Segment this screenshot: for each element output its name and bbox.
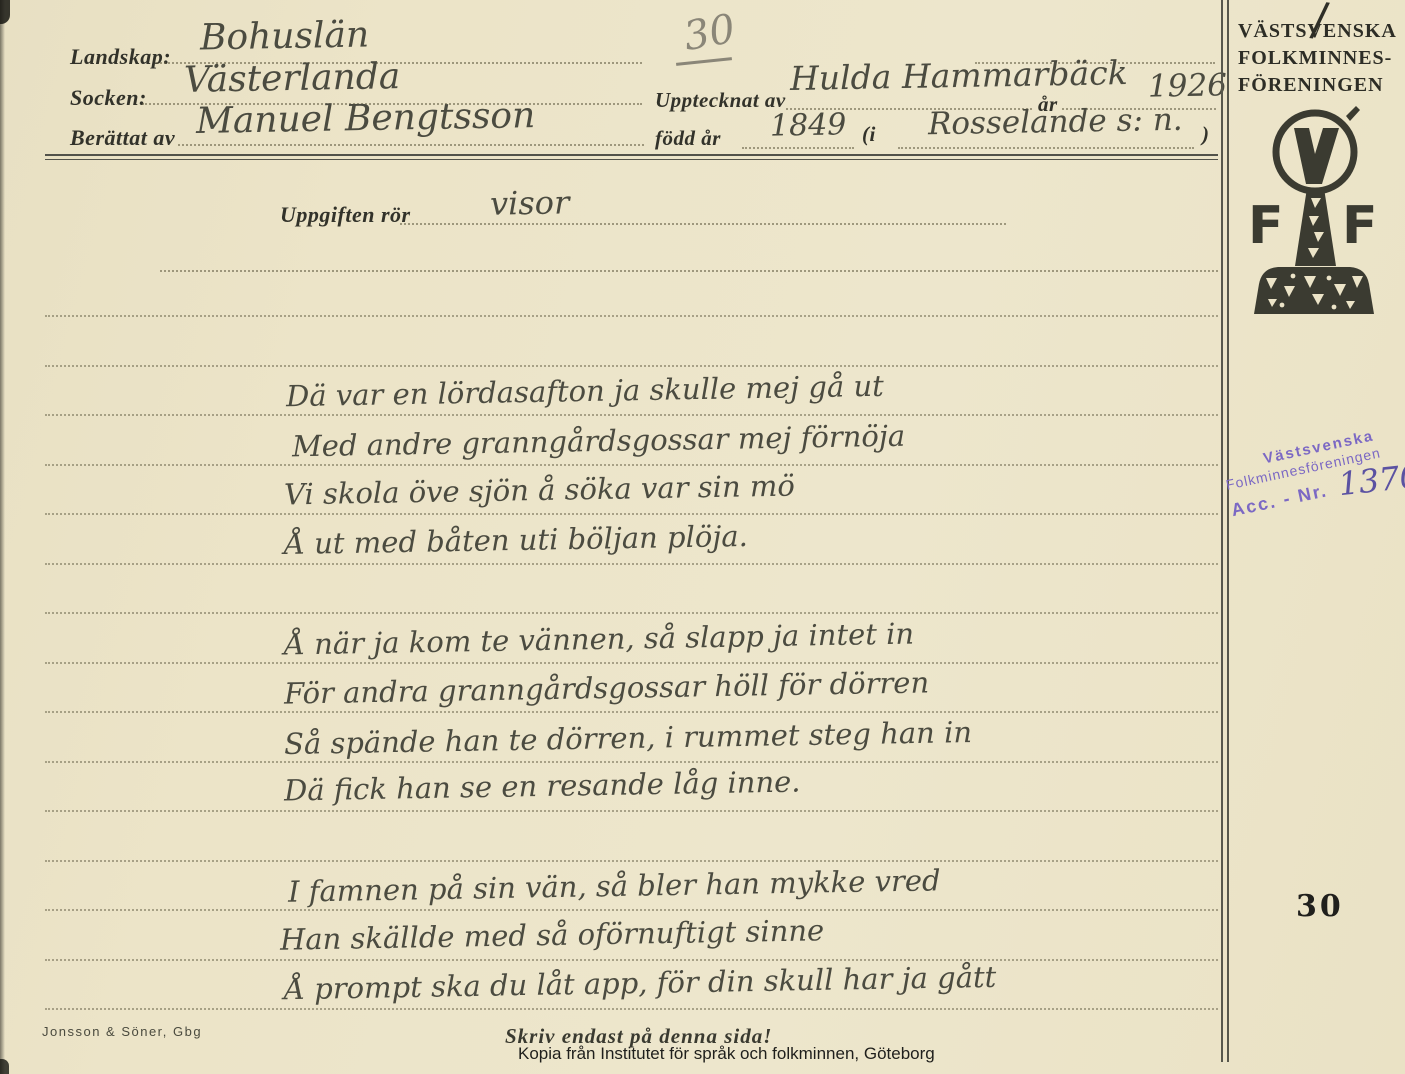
ruled-line bbox=[45, 365, 1218, 367]
ruled-line bbox=[45, 662, 1218, 664]
margin-rule-left bbox=[1221, 0, 1223, 1062]
birth-year-handwritten: 1849 bbox=[770, 107, 847, 143]
logo-ring-nub bbox=[1346, 106, 1360, 121]
subject-dotted-line bbox=[400, 223, 1006, 225]
ruled-line bbox=[45, 761, 1218, 763]
socken-value-handwritten: Västerlanda bbox=[184, 56, 401, 101]
birth-year-dotted-line bbox=[742, 147, 854, 149]
socken-label: Socken: bbox=[70, 85, 147, 111]
scan-corner-mark-top bbox=[0, 0, 10, 24]
berattat-av-label: Berättat av bbox=[70, 125, 175, 151]
year-value-handwritten: 1926 bbox=[1148, 67, 1228, 104]
ruled-line bbox=[45, 563, 1218, 565]
upptecknat-av-label: Upptecknat av bbox=[655, 88, 786, 113]
ruled-line bbox=[45, 909, 1218, 911]
paren-close-label: ) bbox=[1202, 122, 1210, 147]
verse-line: Dä fick han se en resande låg inne. bbox=[284, 764, 801, 807]
verse-line: Å prompt ska du låt app, för din skull h… bbox=[284, 960, 997, 1006]
verse-line: Han skällde med så oförnuftigt sinne bbox=[280, 913, 825, 956]
ruled-line bbox=[45, 1008, 1218, 1010]
verse-line: Å ut med båten uti böljan plöja. bbox=[284, 519, 748, 561]
printer-imprint: Jonsson & Söner, Gbg bbox=[42, 1024, 202, 1039]
verse-line: Så spände han te dörren, i rummet steg h… bbox=[284, 715, 973, 761]
scan-corner-mark-bottom bbox=[0, 1059, 9, 1074]
ruled-line bbox=[45, 612, 1218, 614]
ruled-line bbox=[45, 464, 1218, 466]
page-number-stamp: 30 bbox=[1296, 889, 1344, 924]
ruled-line bbox=[160, 270, 1218, 272]
logo-letter-f-right: F bbox=[1342, 196, 1378, 256]
ruled-line bbox=[45, 315, 1218, 317]
ruled-line bbox=[45, 711, 1218, 713]
paren-open-label: (i bbox=[862, 122, 876, 147]
recorder-name-handwritten: Hulda Hammarbäck bbox=[790, 53, 1128, 98]
pencil-number-underline bbox=[676, 57, 732, 66]
landskap-value-handwritten: Bohuslän bbox=[200, 15, 370, 59]
berattat-av-value-handwritten: Manuel Bengtsson bbox=[196, 95, 536, 142]
thors-hammer-logo: F F bbox=[1246, 100, 1382, 340]
uppgiften-ror-label: Uppgiften rör bbox=[280, 202, 411, 228]
accession-stamp: Västsvenska Folkminnesföreningen Acc. - … bbox=[1221, 418, 1405, 530]
landskap-label: Landskap: bbox=[70, 44, 171, 70]
org-name-line: VÄSTSVENSKA bbox=[1238, 20, 1404, 43]
subject-value-handwritten: visor bbox=[490, 183, 570, 222]
header-divider-rule bbox=[45, 154, 1218, 160]
logo-letter-v-shape bbox=[1294, 128, 1339, 184]
scan-edge-shadow bbox=[0, 0, 5, 1074]
ruled-line bbox=[45, 513, 1218, 515]
verse-line: Vi skola öve sjön å söka var sin mö bbox=[284, 469, 795, 512]
verse-line: För andra granngårdsgossar höll för dörr… bbox=[284, 665, 930, 710]
fodd-ar-label: född år bbox=[655, 126, 721, 151]
verse-line: Dä var en lördasafton ja skulle mej gå u… bbox=[286, 369, 884, 413]
ruled-line bbox=[45, 810, 1218, 812]
org-name-line: FÖRENINGEN bbox=[1238, 74, 1404, 97]
verse-line: Å när ja kom te vännen, så slapp ja inte… bbox=[284, 617, 915, 662]
org-name-line: FOLKMINNES- bbox=[1238, 47, 1404, 70]
ruled-line bbox=[45, 860, 1218, 862]
berattat-av-dotted-line bbox=[178, 144, 644, 146]
stamp-acc-number-handwritten: 1370 bbox=[1337, 457, 1405, 503]
ruled-line bbox=[45, 414, 1218, 416]
verse-line: Med andre granngårdsgossar mej förnöja bbox=[292, 419, 906, 464]
folklore-record-card: Landskap: Bohuslän Socken: Västerlanda B… bbox=[0, 0, 1405, 1074]
pencil-number-handwritten: 30 bbox=[680, 6, 738, 60]
ruled-line bbox=[45, 959, 1218, 961]
logo-letter-f-left: F bbox=[1248, 196, 1284, 256]
verse-line: I famnen på sin vän, så bler han mykke v… bbox=[288, 863, 941, 908]
archive-copy-note: Kopia från Institutet för språk och folk… bbox=[518, 1044, 935, 1064]
birthplace-handwritten: Rosselande s: n. bbox=[928, 102, 1183, 142]
birthplace-dotted-line bbox=[898, 147, 1194, 149]
margin-rule-right bbox=[1227, 0, 1229, 1062]
